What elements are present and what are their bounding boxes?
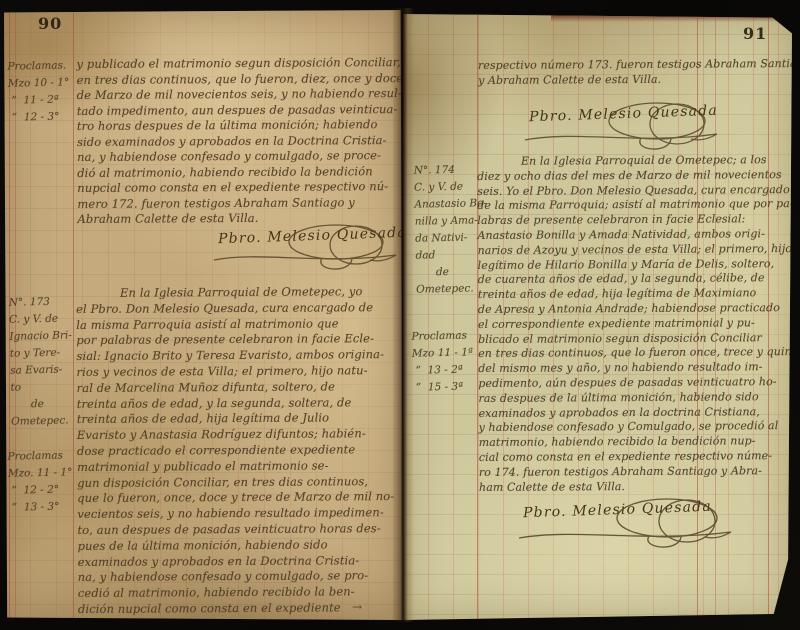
register-entry-text: En la Iglesia Parroquial de Ometepec; a … (477, 153, 791, 495)
book-binding-gutter (392, 8, 414, 622)
priest-signature: Pbro. Melesio Quesada (210, 218, 400, 276)
page-number: 90 (38, 14, 62, 33)
margin-note-proclamas: Proclamas. Mzo 10 - 1° ” 11 - 2ª ” 12 - … (7, 57, 74, 126)
register-page-right: 91 respectivo número 173. fueron testigo… (403, 14, 792, 620)
register-page-left: 90 Proclamas. Mzo 10 - 1° ” 11 - 2ª ” 12… (4, 10, 403, 620)
margin-note-record-number: N°. 174 C. y V. de Anastasio Bo- nilla y… (414, 161, 481, 298)
continuation-arrow: → (352, 600, 362, 614)
register-entry-text: y publicado el matrimonio segun disposic… (76, 55, 399, 227)
margin-note-record-number: N°. 173 C. y V. de Ignacio Bri- to y Ter… (9, 293, 78, 430)
priest-signature: Pbro. Melesio Quesada (521, 96, 721, 156)
margin-note-proclamas: Proclamas Mzo 11 - 1ª ” 13 - 2ª ” 15 - 3… (411, 327, 478, 396)
photographed-register-spread: 90 Proclamas. Mzo 10 - 1° ” 11 - 2ª ” 12… (0, 0, 800, 630)
register-entry-text: respectivo número 173. fueron testigos A… (478, 57, 788, 88)
page-number: 91 (743, 24, 767, 43)
register-entry-text: En la Iglesia Parroquial de Ometepec, yo… (76, 284, 400, 618)
margin-note-proclamas: Proclamas Mzo. 11 - 1° ” 12 - 2° ” 13 - … (7, 447, 74, 516)
priest-signature: Pbro. Melesio Quesada (515, 492, 735, 554)
